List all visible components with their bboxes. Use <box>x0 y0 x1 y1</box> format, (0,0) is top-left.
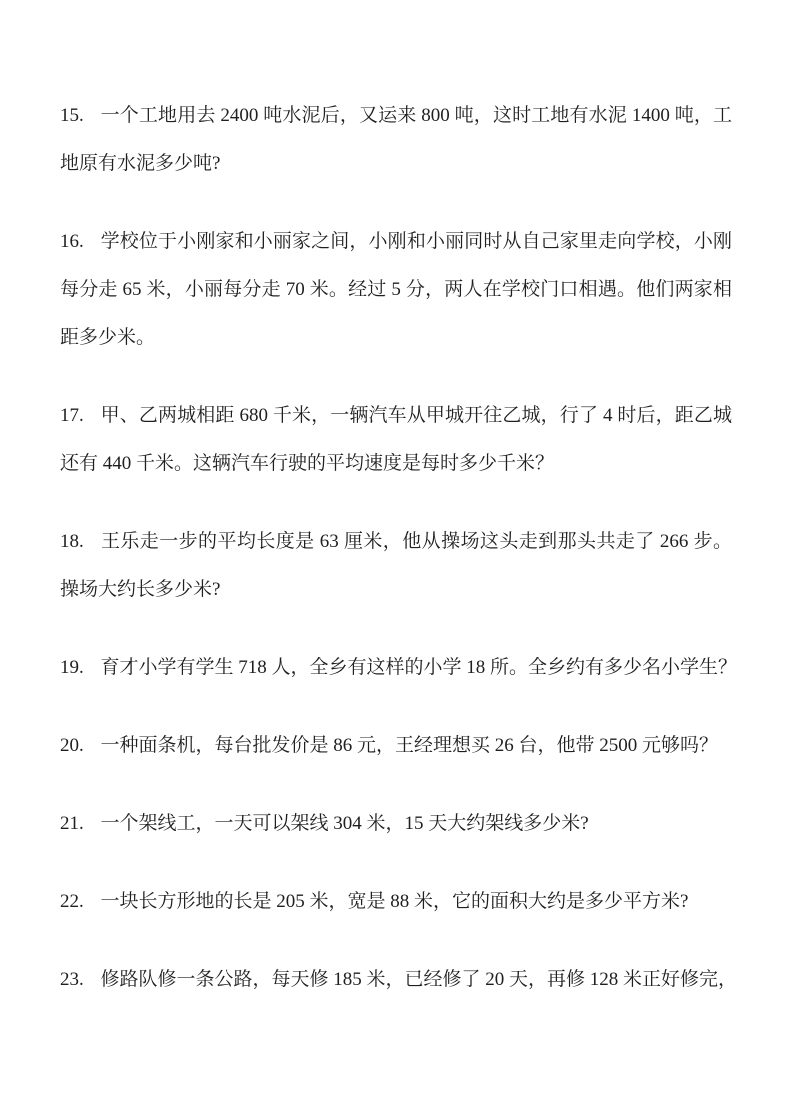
problem-22-text: 一块长方形地的长是 205 米，宽是 88 米，它的面积大约是多少平方米? <box>101 891 689 912</box>
problem-15: 15. 一个工地用去 2400 吨水泥后，又运来 800 吨，这时工地有水泥 1… <box>60 92 732 188</box>
worksheet-content: 15. 一个工地用去 2400 吨水泥后，又运来 800 吨，这时工地有水泥 1… <box>60 92 732 1034</box>
problem-23-text: 修路队修一条公路，每天修 185 米，已经修了 20 天，再修 128 米正好修… <box>101 969 738 990</box>
problem-16-number: 16. <box>60 231 84 252</box>
problem-18-number: 18. <box>60 531 84 552</box>
problem-21-number: 21. <box>60 813 84 834</box>
problem-21: 21. 一个架线工，一天可以架线 304 米，15 天大约架线多少米? <box>60 800 732 848</box>
problem-16-text: 学校位于小刚家和小丽家之间，小刚和小丽同时从自己家里走向学校，小刚每分走 65 … <box>60 231 732 348</box>
problem-21-text: 一个架线工，一天可以架线 304 米，15 天大约架线多少米? <box>101 813 589 834</box>
problem-16: 16. 学校位于小刚家和小丽家之间，小刚和小丽同时从自己家里走向学校，小刚每分走… <box>60 218 732 362</box>
problem-19-number: 19. <box>60 657 84 678</box>
problem-15-number: 15. <box>60 105 84 126</box>
problem-17-text: 甲、乙两城相距 680 千米，一辆汽车从甲城开往乙城，行了 4 时后，距乙城还有… <box>60 405 732 474</box>
problem-20-text: 一种面条机，每台批发价是 86 元，王经理想买 26 台，他带 2500 元够吗… <box>101 735 719 756</box>
problem-20-number: 20. <box>60 735 84 756</box>
problem-23-number: 23. <box>60 969 84 990</box>
problem-18-text: 王乐走一步的平均长度是 63 厘米，他从操场这头走到那头共走了 266 步。操场… <box>60 531 732 600</box>
problem-17-number: 17. <box>60 405 84 426</box>
problem-18: 18. 王乐走一步的平均长度是 63 厘米，他从操场这头走到那头共走了 266 … <box>60 518 732 614</box>
problem-23: 23. 修路队修一条公路，每天修 185 米，已经修了 20 天，再修 128 … <box>60 956 732 1004</box>
problem-22-number: 22. <box>60 891 84 912</box>
problem-15-text: 一个工地用去 2400 吨水泥后，又运来 800 吨，这时工地有水泥 1400 … <box>60 105 732 174</box>
problem-19-text: 育才小学有学生 718 人，全乡有这样的小学 18 所。全乡约有多少名小学生？ <box>101 657 738 678</box>
problem-22: 22. 一块长方形地的长是 205 米，宽是 88 米，它的面积大约是多少平方米… <box>60 878 732 926</box>
problem-17: 17. 甲、乙两城相距 680 千米，一辆汽车从甲城开往乙城，行了 4 时后，距… <box>60 392 732 488</box>
worksheet-page: 15. 一个工地用去 2400 吨水泥后，又运来 800 吨，这时工地有水泥 1… <box>0 0 790 1118</box>
problem-20: 20. 一种面条机，每台批发价是 86 元，王经理想买 26 台，他带 2500… <box>60 722 732 770</box>
problem-19: 19. 育才小学有学生 718 人，全乡有这样的小学 18 所。全乡约有多少名小… <box>60 644 732 692</box>
